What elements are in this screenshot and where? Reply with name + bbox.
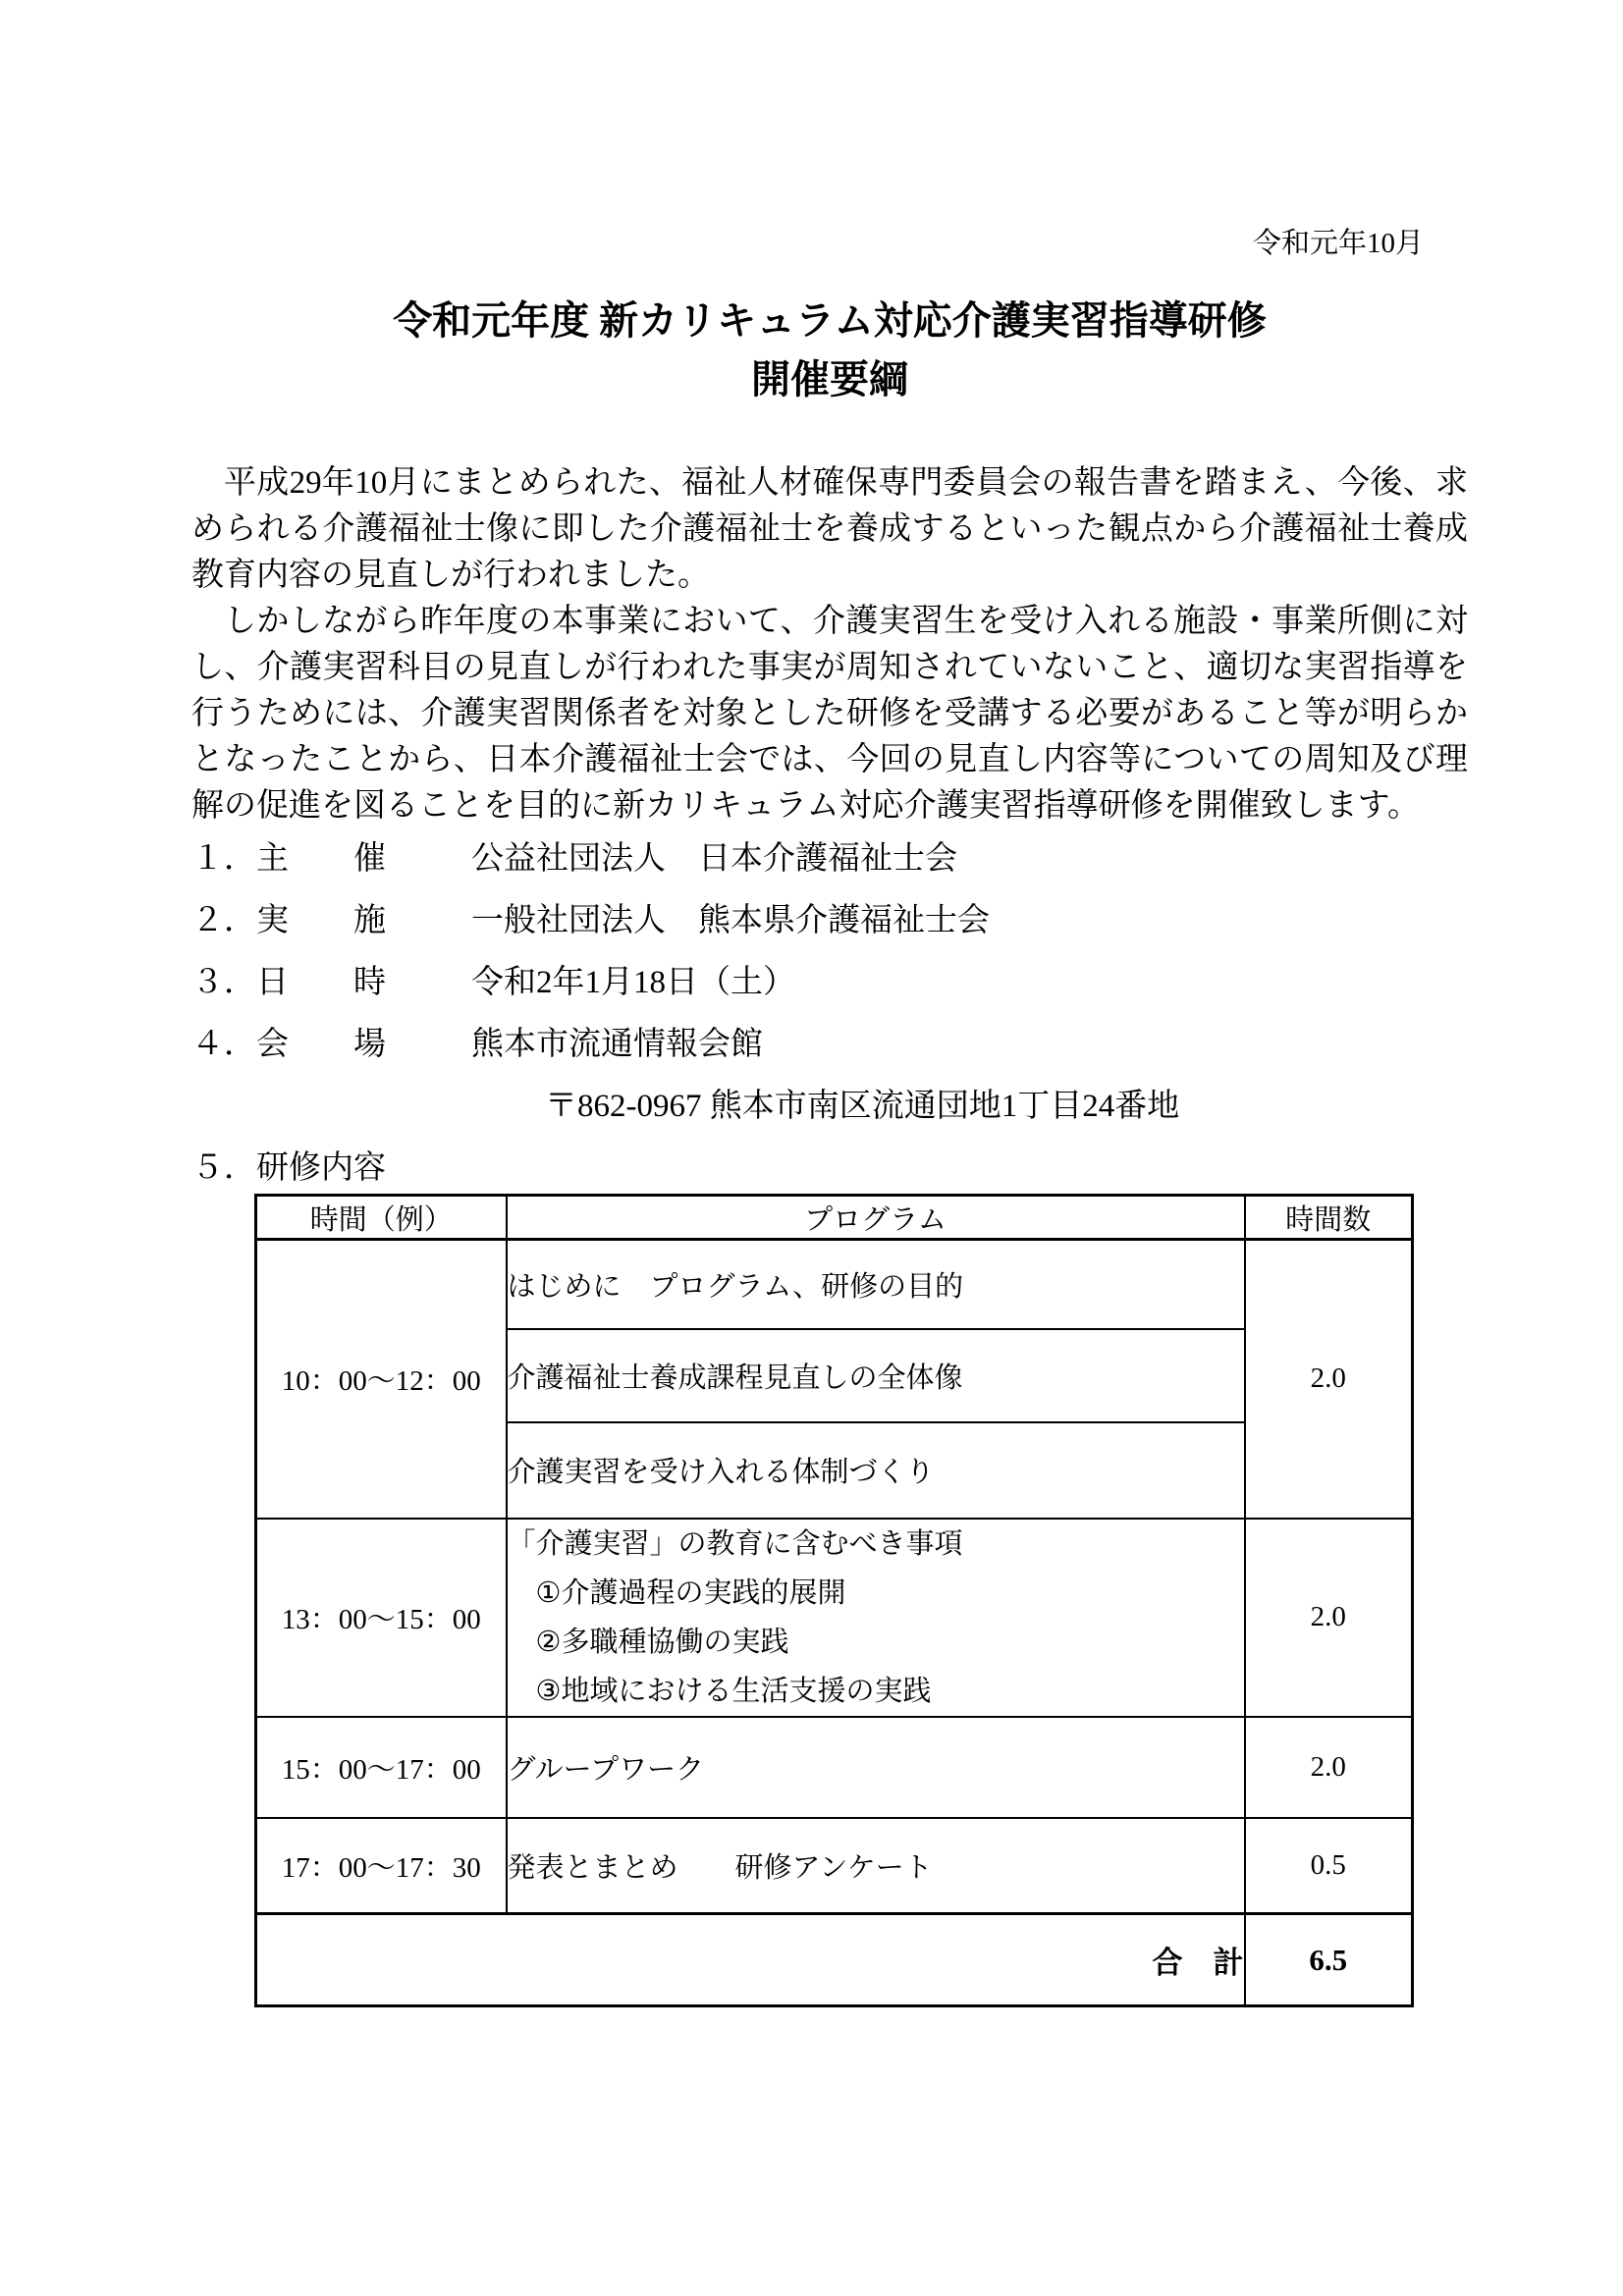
item-organizer: １．主 催 公益社団法人 日本介護福祉士会 xyxy=(191,839,1468,879)
document-content: 令和元年10月 令和元年度 新カリキュラム対応介護実習指導研修 開催要綱 平成2… xyxy=(191,0,1468,2007)
item-venue-value: 熊本市流通情報会館 xyxy=(471,1025,1468,1064)
cell-program-overview: 介護福祉士養成課程見直しの全体像 xyxy=(507,1329,1245,1422)
document-page: 令和元年10月 令和元年度 新カリキュラム対応介護実習指導研修 開催要綱 平成2… xyxy=(0,0,1623,2296)
cell-hours-afternoon2: 2.0 xyxy=(1245,1717,1413,1818)
cell-program-system: 介護実習を受け入れる体制づくり xyxy=(507,1422,1245,1519)
cell-program-summary: 発表とまとめ 研修アンケート xyxy=(507,1818,1245,1914)
document-date: 令和元年10月 xyxy=(191,224,1468,264)
program-line: ①介護過程の実践的展開 xyxy=(508,1569,1244,1618)
cell-total-label: 合 計 xyxy=(256,1914,1245,2006)
item-organizer-label: １．主 催 xyxy=(191,839,471,879)
cell-time-morning: 10：00～12：00 xyxy=(256,1240,507,1519)
program-line: ③地域における生活支援の実践 xyxy=(508,1667,1244,1716)
table-row: 17：00～17：30 発表とまとめ 研修アンケート 0.5 xyxy=(256,1818,1413,1914)
cell-total-value: 6.5 xyxy=(1245,1914,1413,2006)
item-venue: ４．会 場 熊本市流通情報会館 xyxy=(191,1025,1468,1064)
header-time: 時間（例） xyxy=(256,1196,507,1240)
item-operator-value: 一般社団法人 熊本県介護福祉士会 xyxy=(471,901,1468,940)
cell-hours-closing: 0.5 xyxy=(1245,1818,1413,1914)
cell-program-education: 「介護実習」の教育に含むべき事項 ①介護過程の実践的展開 ②多職種協働の実践 ③… xyxy=(507,1519,1245,1717)
document-subtitle: 開催要綱 xyxy=(191,350,1468,409)
table-row: 13：00～15：00 「介護実習」の教育に含むべき事項 ①介護過程の実践的展開… xyxy=(256,1519,1413,1717)
table-row: 10：00～12：00 はじめに プログラム、研修の目的 2.0 xyxy=(256,1240,1413,1329)
cell-time-afternoon2: 15：00～17：00 xyxy=(256,1717,507,1818)
item-datetime-value: 令和2年1月18日（土） xyxy=(471,963,1468,1002)
schedule-table: 時間（例） プログラム 時間数 10：00～12：00 はじめに プログラム、研… xyxy=(254,1194,1414,2007)
intro-section: 平成29年10月にまとめられた、福祉人材確保専門委員会の報告書を踏まえ、今後、求… xyxy=(191,460,1468,829)
document-title: 令和元年度 新カリキュラム対応介護実習指導研修 xyxy=(191,292,1468,350)
header-program: プログラム xyxy=(507,1196,1245,1240)
intro-paragraph-2: しかしながら昨年度の本事業において、介護実習生を受け入れる施設・事業所側に対し、… xyxy=(191,599,1468,829)
section5-heading: ５．研修内容 xyxy=(191,1148,1468,1188)
item-venue-label: ４．会 場 xyxy=(191,1025,471,1064)
program-line: ②多職種協働の実践 xyxy=(508,1618,1244,1667)
table-header-row: 時間（例） プログラム 時間数 xyxy=(256,1196,1413,1240)
cell-program-groupwork: グループワーク xyxy=(507,1717,1245,1818)
table-total-row: 合 計 6.5 xyxy=(256,1914,1413,2006)
intro-paragraph-1: 平成29年10月にまとめられた、福祉人材確保専門委員会の報告書を踏まえ、今後、求… xyxy=(191,460,1468,599)
item-operator-label: ２．実 施 xyxy=(191,901,471,940)
item-datetime: ３．日 時 令和2年1月18日（土） xyxy=(191,963,1468,1002)
item-organizer-value: 公益社団法人 日本介護福祉士会 xyxy=(471,839,1468,879)
header-hours: 時間数 xyxy=(1245,1196,1413,1240)
cell-hours-morning: 2.0 xyxy=(1245,1240,1413,1519)
item-venue-address: 〒862-0967 熊本市南区流通団地1丁目24番地 xyxy=(545,1087,1468,1126)
info-items: １．主 催 公益社団法人 日本介護福祉士会 ２．実 施 一般社団法人 熊本県介護… xyxy=(191,839,1468,1126)
program-line: 「介護実習」の教育に含むべき事項 xyxy=(508,1520,1244,1569)
cell-time-closing: 17：00～17：30 xyxy=(256,1818,507,1914)
cell-hours-afternoon1: 2.0 xyxy=(1245,1519,1413,1717)
cell-time-afternoon1: 13：00～15：00 xyxy=(256,1519,507,1717)
cell-program-intro: はじめに プログラム、研修の目的 xyxy=(507,1240,1245,1329)
item-datetime-label: ３．日 時 xyxy=(191,963,471,1002)
table-row: 15：00～17：00 グループワーク 2.0 xyxy=(256,1717,1413,1818)
item-operator: ２．実 施 一般社団法人 熊本県介護福祉士会 xyxy=(191,901,1468,940)
